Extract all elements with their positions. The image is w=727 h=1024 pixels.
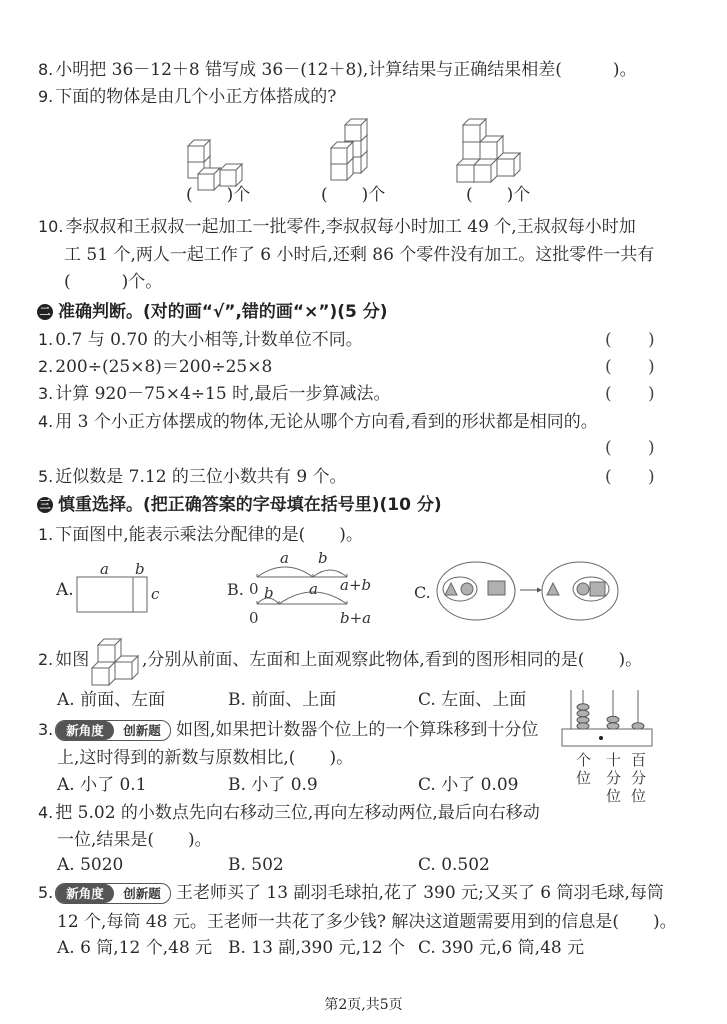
answer-paren-close: ) [648,382,655,406]
diagram-c-letter: C. [414,583,431,602]
abacus-counter [555,685,655,750]
answer-paren-open: ( [605,355,612,379]
option-a: A. 6 筒,12 个,48 元 [57,936,212,960]
question-number: 10. [38,217,63,236]
question-text-line-1: 李叔叔和王叔叔一起加工一批零件,李叔叔每小时加工 49 个,王叔叔每小时加 [65,217,635,237]
badge-light-label: 创新题 [114,721,170,740]
question-text-line-3: ( )个。 [64,270,162,294]
square-icon [488,581,505,595]
choice-question-3-number: 3. [38,718,55,742]
cube-count-blank-3: ( )个 [466,183,530,207]
cube-count-blank-1: ( )个 [186,183,250,207]
cube [474,159,497,182]
question-10: 10.李叔叔和王叔叔一起加工一批零件,李叔叔每小时加工 49 个,王叔叔每小时加 [38,215,636,239]
question-number: 4. [38,803,53,822]
question-text-line-2: 上,这时得到的新数与原数相比,( )。 [57,746,353,770]
cube [115,656,138,679]
question-text-line-1: 把 5.02 的小数点先向右移动三位,再向左移动两位,最后向右移动 [55,803,539,823]
diagram-b-number-lines: B. 0 a b a+b b a 0 b+a [225,550,370,626]
option-a: A. 前面、左面 [57,688,165,712]
triangle-icon [445,583,457,595]
new-angle-badge: 新角度 创新题 [55,720,171,741]
rectangle [77,577,147,612]
section-number-icon: 二 [37,304,53,320]
section-header-choice: 三 慎重选择。(把正确答案的字母填在括号里)(10 分) [37,493,442,517]
diagram-b-letter: B. [227,580,244,599]
badge-dark-label: 新角度 [56,721,114,740]
question-text-line-2: 12 个,每筒 48 元。王老师一共花了多少钱? 解决这道题需要用到的信息是( … [57,910,677,934]
question-text-line-1: 如图,如果把计数器个位上的一个算珠移到十分位 [176,718,538,742]
item-number: 1. [38,330,53,349]
item-text: 0.7 与 0.70 的大小相等,计数单位不同。 [55,330,363,350]
label-c: c [151,585,160,603]
item-text: 用 3 个小正方体摆成的物体,无论从哪个方向看,看到的形状都是相同的。 [55,412,597,432]
option-b: B. 13 副,390 元,12 个 [228,936,405,960]
abacus-label-ones: 个位 [575,751,592,787]
question-8: 8.小明把 36－12＋8 错写成 36－(12＋8),计算结果与正确结果相差(… [38,58,637,82]
abacus-base [562,729,652,746]
choice-question-1: 1.下面图中,能表示乘法分配律的是( )。 [38,523,363,547]
section-title: 慎重选择。(把正确答案的字母填在括号里)(10 分) [58,493,442,517]
answer-paren-close: ) [648,465,655,489]
triangle-icon [547,583,559,595]
cube [188,140,210,162]
answer-paren-close: ) [648,328,655,352]
option-c: C. 小了 0.09 [418,773,518,797]
cube [98,639,121,662]
option-c: C. 390 元,6 筒,48 元 [418,936,584,960]
judgment-item-3: 3.计算 920－75×4÷15 时,最后一步算减法。 [38,382,391,406]
question-number: 2. [38,650,53,669]
top-label-b: b [318,549,328,567]
item-text: 近似数是 7.12 的三位小数共有 9 个。 [55,467,346,487]
item-number: 4. [38,412,53,431]
item-number: 2. [38,357,53,376]
answer-paren-close: ) [648,355,655,379]
top-label-sum: a+b [340,576,371,594]
bottom-label-b: b [264,584,274,602]
badge-light-label: 创新题 [114,884,170,903]
section-header-judgment: 二 准确判断。(对的画“√”,错的画“×”)(5 分) [37,300,388,324]
top-label-a: a [280,549,289,567]
cube [345,119,367,141]
answer-paren-open: ( [605,328,612,352]
cube-figure-small [88,632,144,688]
cube [480,136,503,159]
bottom-label-sum: b+a [340,609,371,627]
bottom-label-a: a [309,580,318,598]
question-number: 1. [38,525,53,544]
choice-question-2: 2.如图 [38,648,89,672]
question-prefix: 如图 [55,650,89,670]
question-text: ,分别从前面、左面和上面观察此物体,看到的图形相同的是( )。 [142,648,642,672]
label-b: b [135,560,145,578]
judgment-item-5: 5.近似数是 7.12 的三位小数共有 9 个。 [38,465,347,489]
answer-paren-close: ) [648,436,655,460]
item-number: 5. [38,467,53,486]
page-number-footer: 第2页,共5页 [0,995,727,1015]
option-c: C. 左面、上面 [418,688,526,712]
question-text-line-2: 一位,结果是( )。 [57,828,212,852]
question-number: 3. [38,720,53,739]
abacus-beads [577,704,644,730]
question-number: 8. [38,60,53,79]
circle-icon [577,583,589,595]
arrow-icon [520,588,542,593]
abacus-label-hundredths: 百分位 [630,751,647,805]
cube-figure-3 [450,110,528,186]
cube [331,142,353,164]
abacus-label-tenths: 十分位 [605,751,622,805]
cube [497,153,520,176]
judgment-item-2: 2.200÷(25×8)＝200÷25×8 [38,355,272,379]
choice-question-5-number: 5. [38,881,55,905]
answer-paren-open: ( [605,465,612,489]
question-number: 9. [38,87,53,106]
question-number: 5. [38,883,53,902]
zero-label: 0 [249,609,259,627]
question-text: 下面的物体是由几个小正方体搭成的? [55,87,336,107]
label-a: a [100,560,109,578]
cube [463,119,486,142]
question-9: 9.下面的物体是由几个小正方体搭成的? [38,85,336,109]
item-text: 200÷(25×8)＝200÷25×8 [55,357,272,377]
question-text: 下面图中,能表示乘法分配律的是( )。 [55,525,363,545]
answer-paren-open: ( [605,382,612,406]
judgment-item-4: 4.用 3 个小正方体摆成的物体,无论从哪个方向看,看到的形状都是相同的。 [38,410,598,434]
item-number: 3. [38,384,53,403]
section-number-icon: 三 [37,497,53,513]
exam-page: 8.小明把 36－12＋8 错写成 36－(12＋8),计算结果与正确结果相差(… [0,0,727,1024]
question-text: 小明把 36－12＋8 错写成 36－(12＋8),计算结果与正确结果相差( )… [55,60,636,80]
option-b: B. 前面、上面 [228,688,336,712]
cube-count-blank-2: ( )个 [321,183,385,207]
option-a: A. 小了 0.1 [57,773,147,797]
zero-label: 0 [249,580,259,598]
cube [92,662,115,685]
badge-dark-label: 新角度 [56,884,114,903]
judgment-item-1: 1.0.7 与 0.70 的大小相等,计数单位不同。 [38,328,363,352]
cube-figure-2 [325,112,375,184]
question-text-line-2: 工 51 个,两人一起工作了 6 小时后,还剩 86 个零件没有加工。这批零件一… [64,243,654,267]
section-title: 准确判断。(对的画“√”,错的画“×”)(5 分) [58,300,388,324]
diagram-a-rectangle: a b c [70,560,165,620]
circle-icon [461,583,473,595]
question-text-line-1: 王老师买了 13 副羽毛球拍,花了 390 元;又买了 6 筒羽毛球,每筒 [176,881,664,905]
option-c: C. 0.502 [418,853,490,877]
option-b: B. 小了 0.9 [228,773,318,797]
decimal-point-dot [599,736,603,740]
square-icon [590,582,605,596]
diagram-c-grouping: C. [412,558,624,624]
answer-paren-open: ( [605,436,612,460]
new-angle-badge: 新角度 创新题 [55,883,171,904]
choice-question-4: 4.把 5.02 的小数点先向右移动三位,再向左移动两位,最后向右移动 [38,801,540,825]
item-text: 计算 920－75×4÷15 时,最后一步算减法。 [55,384,390,404]
option-b: B. 502 [228,853,284,877]
number-line-top [257,567,347,577]
option-a: A. 5020 [57,853,123,877]
